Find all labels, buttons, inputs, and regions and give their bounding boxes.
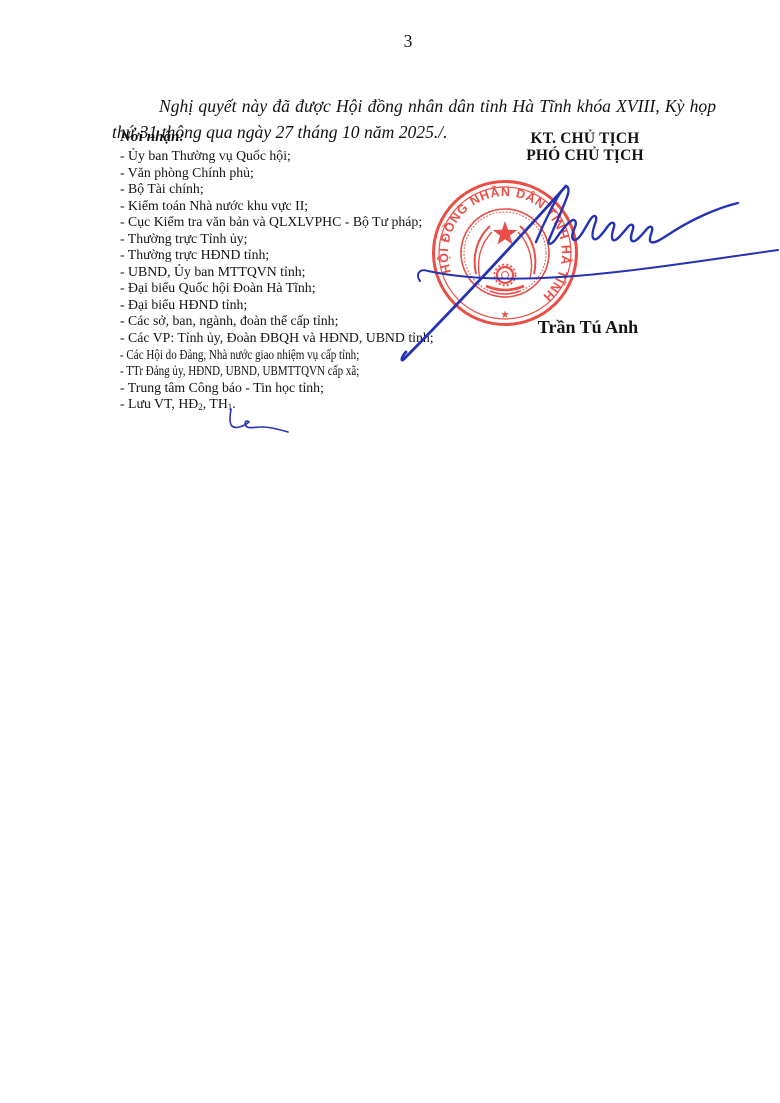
page-number: 3 [370, 31, 446, 52]
recipient-item: - Bộ Tài chính; [120, 181, 434, 198]
recipient-item: - Kiểm toán Nhà nước khu vực II; [120, 198, 434, 215]
recipient-item: - Văn phòng Chính phủ; [120, 165, 434, 182]
recipient-item: - Ủy ban Thường vụ Quốc hội; [120, 148, 434, 165]
recipient-item: - UBND, Ủy ban MTTQVN tỉnh; [120, 264, 434, 281]
recipient-item: - Thường trực HĐND tỉnh; [120, 247, 434, 264]
recipient-item: - Các Hội do Đảng, Nhà nước giao nhiệm v… [120, 347, 371, 364]
recipient-item: - Các sở, ban, ngành, đoàn thể cấp tỉnh; [120, 313, 434, 330]
signer-position-line-2: PHÓ CHỦ TỊCH [485, 147, 685, 165]
official-seal-icon: HỘI ĐỒNG NHÂN DÂN TỈNH HÀ TĨNH ★ [430, 178, 580, 328]
seal-star-icon [493, 221, 518, 245]
seal-bottom-star-icon: ★ [500, 309, 509, 321]
recipient-item: - Thường trực Tỉnh ủy; [120, 231, 434, 248]
recipient-item: - Đại biểu Quốc hội Đoàn Hà Tĩnh; [120, 280, 434, 297]
recipient-item: - Cục Kiểm tra văn bản và QLXLVPHC - Bộ … [120, 214, 434, 231]
document-page: 3 Nghị quyết này đã được Hội đồng nhân d… [0, 0, 780, 1103]
recipient-item: - Các VP: Tỉnh ủy, Đoàn ĐBQH và HĐND, UB… [120, 330, 434, 347]
recipients-list: - Ủy ban Thường vụ Quốc hội; - Văn phòng… [120, 148, 434, 413]
signer-position-line-1: KT. CHỦ TỊCH [485, 130, 685, 148]
recipient-item: - Lưu VT, HĐ2, TH1. [120, 396, 434, 413]
recipient-item: - TTr Đảng ủy, HĐND, UBND, UBMTTQVN cấp … [120, 363, 371, 380]
recipient-item: - Trung tâm Công báo - Tin học tỉnh; [120, 380, 434, 397]
recipients-title: Nơi nhận: [120, 129, 184, 146]
recipient-item: - Đại biểu HĐND tỉnh; [120, 297, 434, 314]
